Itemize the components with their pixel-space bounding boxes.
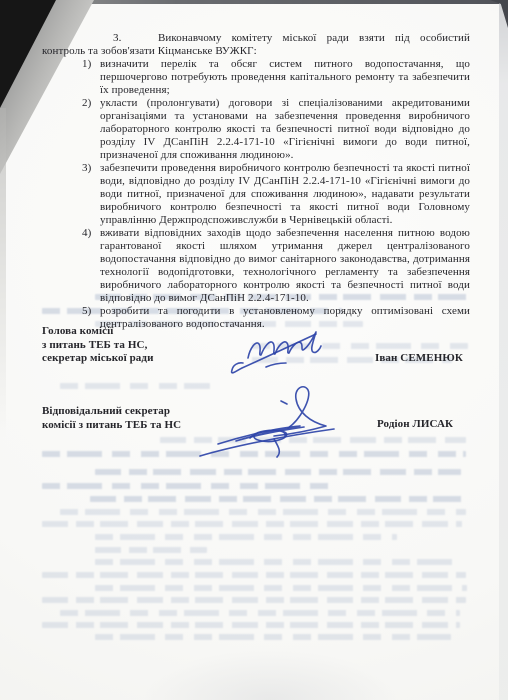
list-item-marker: 1) xyxy=(82,58,91,71)
bleed-through-line xyxy=(90,496,468,502)
signatory-1-role-line: з питань ТЕБ та НС, xyxy=(42,339,154,353)
list-item-4: 4) вживати відповідних заходів щодо забе… xyxy=(42,227,470,305)
signatory-2-role-line: комісії з питань ТЕБ та НС xyxy=(42,419,181,433)
scan-shadow-bottom xyxy=(110,630,430,700)
list-item-2: 2) укласти (пролонгувати) договори зі сп… xyxy=(42,97,470,162)
scanned-document-page: 3.Виконавчому комітету міської ради взят… xyxy=(0,0,508,700)
signature-ink-lysak xyxy=(188,382,352,468)
signatory-1-role: Голова комісії з питань ТЕБ та НС, секре… xyxy=(42,325,154,366)
paragraph-3: 3.Виконавчому комітету міської ради взят… xyxy=(42,32,470,58)
list-item-3: 3) забезпечити проведення виробничого ко… xyxy=(42,162,470,227)
bleed-through-line xyxy=(95,559,461,565)
bleed-through-line xyxy=(60,610,460,616)
bleed-through-line xyxy=(95,469,461,475)
signatory-1-role-line: секретар міської ради xyxy=(42,352,154,366)
list-item-text: укласти (пролонгувати) договори зі спеці… xyxy=(100,97,470,161)
bleed-through-line xyxy=(42,483,334,489)
list-item-text: забезпечити проведення виробничого контр… xyxy=(100,162,470,226)
list-item-text: вживати відповідних заходів щодо забезпе… xyxy=(100,227,470,304)
signatory-2-name: Родіон ЛИСАК xyxy=(377,418,453,430)
bleed-through-line xyxy=(42,521,462,527)
bleed-through-line xyxy=(95,534,397,540)
bleed-through-line xyxy=(95,547,207,553)
signatory-2-role: Відповідальний секретар комісії з питань… xyxy=(42,405,181,432)
paragraph-text: Виконавчому комітету міської ради взяти … xyxy=(42,32,470,57)
bleed-through-line xyxy=(60,509,466,515)
list-item-marker: 4) xyxy=(82,227,91,240)
paragraph-number: 3. xyxy=(113,32,158,45)
signatory-1-role-line: Голова комісії xyxy=(42,325,154,339)
bleed-through-line xyxy=(95,585,467,591)
scan-edge-right xyxy=(499,0,508,700)
list-item-text: визначити перелік та обсяг систем питног… xyxy=(100,58,470,96)
list-item-marker: 2) xyxy=(82,97,91,110)
scan-edge-left xyxy=(0,108,6,438)
document-body: 3.Виконавчому комітету міської ради взят… xyxy=(42,32,470,331)
signature-ink-semenyuk xyxy=(220,318,324,380)
bleed-through-line xyxy=(42,622,460,628)
signatory-2-role-line: Відповідальний секретар xyxy=(42,405,181,419)
list-item-marker: 5) xyxy=(82,305,91,318)
list-item-marker: 3) xyxy=(82,162,91,175)
bleed-through-line xyxy=(42,597,466,603)
bleed-through-line xyxy=(95,634,451,640)
signatory-1-name: Іван СЕМЕНЮК xyxy=(375,352,463,364)
list-item-1: 1) визначити перелік та обсяг систем пит… xyxy=(42,58,470,97)
bleed-through-line xyxy=(42,572,466,578)
